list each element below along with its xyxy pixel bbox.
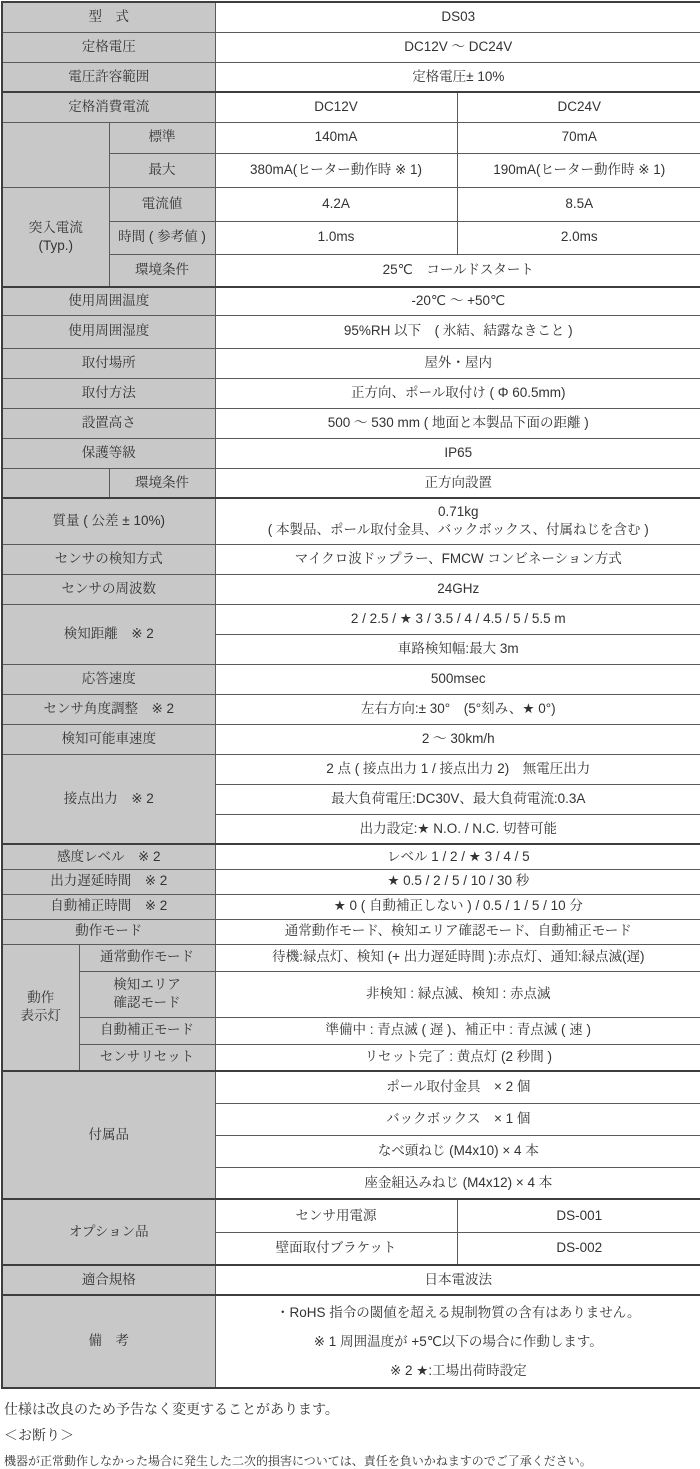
remarks-label: 備 考 [2,1295,215,1388]
row-detect-method: センサの検知方式 マイクロ波ドップラー、FMCW コンビネーション方式 [2,544,700,574]
row-standards: 適合規格 日本電波法 [2,1265,700,1295]
row-ambient-temp: 使用周囲温度 -20℃ 〜 +50℃ [2,287,700,315]
option-row1-name: センサ用電源 [215,1199,457,1232]
protection-env-label: 環境条件 [109,468,215,498]
indicator-label: 動作 表示灯 [2,944,79,1071]
mount-place-label: 取付場所 [2,348,215,378]
indicator-area-label: 検知エリア 確認モード [79,971,215,1017]
row-sensitivity: 感度レベル ※ 2 レベル 1 / 2 / ★ 3 / 4 / 5 [2,844,700,869]
remarks-line-3: ※ 2 ★:工場出荷時設定 [220,1356,698,1385]
footer-note-change: 仕様は改良のため予告なく変更することがあります。 [4,1399,696,1419]
row-mount-place: 取付場所 屋外・屋内 [2,348,700,378]
row-indicator-area: 検知エリア 確認モード 非検知 : 緑点滅、検知 : 赤点滅 [2,971,700,1017]
rated-current-col1: DC12V [215,92,457,122]
mount-method-label: 取付方法 [2,378,215,408]
indicator-reset-value: リセット完了 : 黄点灯 (2 秒間 ) [215,1044,700,1071]
angle-adjust-value: 左右方向:± 30° (5°刻み、★ 0°) [215,694,700,724]
option-row2-model: DS-002 [457,1232,700,1265]
rated-current-label: 定格消費電流 [2,92,215,122]
ambient-temp-label: 使用周囲温度 [2,287,215,315]
output-delay-value: ★ 0.5 / 2 / 5 / 10 / 30 秒 [215,869,700,894]
row-vehicle-speed: 検知可能車速度 2 〜 30km/h [2,724,700,754]
current-standard-col2: 70mA [457,122,700,153]
ambient-humidity-label: 使用周囲湿度 [2,315,215,348]
protection-env-value: 正方向設置 [215,468,700,498]
indicator-normal-label: 通常動作モード [79,944,215,971]
angle-adjust-label: センサ角度調整 ※ 2 [2,694,215,724]
row-mass: 質量 ( 公差 ± 10%) 0.71kg ( 本製品、ポール取付金具、バックボ… [2,498,700,544]
footer-notes: 仕様は改良のため予告なく変更することがあります。 ＜お断り＞ 機器が正常動作しな… [0,1389,700,1469]
rated-voltage-label: 定格電圧 [2,32,215,62]
row-accessories-1: 付属品 ポール取付金具 × 2 個 [2,1071,700,1103]
sensitivity-value: レベル 1 / 2 / ★ 3 / 4 / 5 [215,844,700,869]
remarks-line-1: ・RoHS 指令の閾値を超える規制物質の含有はありません。 [220,1298,698,1327]
voltage-tolerance-value: 定格電圧± 10% [215,62,700,92]
indicator-area-value: 非検知 : 緑点滅、検知 : 赤点滅 [215,971,700,1017]
contact-output-value2: 最大負荷電圧:DC30V、最大負荷電流:0.3A [215,784,700,814]
row-voltage-tolerance: 電圧許容範囲 定格電圧± 10% [2,62,700,92]
spec-sheet-page: 型 式 DS03 定格電圧 DC12V 〜 DC24V 電圧許容範囲 定格電圧±… [0,1,700,1469]
mount-place-value: 屋外・屋内 [215,348,700,378]
install-height-value: 500 〜 530 mm ( 地面と本製品下面の距離 ) [215,408,700,438]
row-rated-current-header: 定格消費電流 DC12V DC24V [2,92,700,122]
row-protection-env: 環境条件 正方向設置 [2,468,700,498]
standards-value: 日本電波法 [215,1265,700,1295]
indicator-reset-label: センサリセット [79,1044,215,1071]
rated-voltage-value: DC12V 〜 DC24V [215,32,700,62]
inrush-current-col2: 8.5A [457,187,700,221]
current-standard-col1: 140mA [215,122,457,153]
row-contact-output-1: 接点出力 ※ 2 2 点 ( 接点出力 1 / 接点出力 2) 無電圧出力 [2,754,700,784]
row-indicator-reset: センサリセット リセット完了 : 黄点灯 (2 秒間 ) [2,1044,700,1071]
row-ambient-humidity: 使用周囲湿度 95%RH 以下 ( 氷結、結露なきこと ) [2,315,700,348]
accessories-item2: バックボックス × 1 個 [215,1103,700,1135]
remarks-line-2: ※ 1 周囲温度が +5℃以下の場合に作動します。 [220,1327,698,1356]
inrush-current-col1: 4.2A [215,187,457,221]
indicator-auto-label: 自動補正モード [79,1017,215,1044]
row-current-standard: 標準 140mA 70mA [2,122,700,153]
detect-distance-value2: 車路検知幅:最大 3m [215,634,700,664]
output-delay-label: 出力遅延時間 ※ 2 [2,869,215,894]
option-row2-name: 壁面取付ブラケット [215,1232,457,1265]
protection-label: 保護等級 [2,438,215,468]
row-output-delay: 出力遅延時間 ※ 2 ★ 0.5 / 2 / 5 / 10 / 30 秒 [2,869,700,894]
row-option-1: オプション品 センサ用電源 DS-001 [2,1199,700,1232]
vehicle-speed-value: 2 〜 30km/h [215,724,700,754]
current-max-col1: 380mA(ヒーター動作時 ※ 1) [215,153,457,187]
row-operation-mode: 動作モード 通常動作モード、検知エリア確認モード、自動補正モード [2,919,700,944]
response-speed-label: 応答速度 [2,664,215,694]
row-angle-adjust: センサ角度調整 ※ 2 左右方向:± 30° (5°刻み、★ 0°) [2,694,700,724]
sensitivity-label: 感度レベル ※ 2 [2,844,215,869]
rated-current-spacer [2,122,109,187]
indicator-normal-value: 待機:緑点灯、検知 (+ 出力遅延時間 ):赤点灯、通知:緑点滅(遅) [215,944,700,971]
mass-label: 質量 ( 公差 ± 10%) [2,498,215,544]
ambient-humidity-value: 95%RH 以下 ( 氷結、結露なきこと ) [215,315,700,348]
inrush-label: 突入電流 (Typ.) [2,187,109,287]
accessories-item1: ポール取付金具 × 2 個 [215,1071,700,1103]
detect-method-value: マイクロ波ドップラー、FMCW コンビネーション方式 [215,544,700,574]
row-install-height: 設置高さ 500 〜 530 mm ( 地面と本製品下面の距離 ) [2,408,700,438]
inrush-env-label: 環境条件 [109,254,215,287]
current-standard-label: 標準 [109,122,215,153]
row-inrush-current: 突入電流 (Typ.) 電流値 4.2A 8.5A [2,187,700,221]
frequency-label: センサの周波数 [2,574,215,604]
voltage-tolerance-label: 電圧許容範囲 [2,62,215,92]
remarks-value: ・RoHS 指令の閾値を超える規制物質の含有はありません。 ※ 1 周囲温度が … [215,1295,700,1388]
row-remarks: 備 考 ・RoHS 指令の閾値を超える規制物質の含有はありません。 ※ 1 周囲… [2,1295,700,1388]
auto-correct-time-label: 自動補正時間 ※ 2 [2,894,215,919]
model-label: 型 式 [2,2,215,32]
detect-distance-label: 検知距離 ※ 2 [2,604,215,664]
row-detect-distance-1: 検知距離 ※ 2 2 / 2.5 / ★ 3 / 3.5 / 4 / 4.5 /… [2,604,700,634]
contact-output-value1: 2 点 ( 接点出力 1 / 接点出力 2) 無電圧出力 [215,754,700,784]
inrush-time-label: 時間 ( 参考値 ) [109,221,215,254]
contact-output-label: 接点出力 ※ 2 [2,754,215,844]
model-value: DS03 [215,2,700,32]
row-indicator-auto: 自動補正モード 準備中 : 青点滅 ( 遅 )、補正中 : 青点滅 ( 速 ) [2,1017,700,1044]
current-max-col2: 190mA(ヒーター動作時 ※ 1) [457,153,700,187]
row-model: 型 式 DS03 [2,2,700,32]
ambient-temp-value: -20℃ 〜 +50℃ [215,287,700,315]
row-indicator-normal: 動作 表示灯 通常動作モード 待機:緑点灯、検知 (+ 出力遅延時間 ):赤点灯… [2,944,700,971]
spec-table: 型 式 DS03 定格電圧 DC12V 〜 DC24V 電圧許容範囲 定格電圧±… [1,1,700,1389]
rated-current-col2: DC24V [457,92,700,122]
protection-spacer [2,468,109,498]
install-height-label: 設置高さ [2,408,215,438]
inrush-time-col1: 1.0ms [215,221,457,254]
response-speed-value: 500msec [215,664,700,694]
accessories-item3: なべ頭ねじ (M4x10) × 4 本 [215,1135,700,1167]
detect-method-label: センサの検知方式 [2,544,215,574]
row-response-speed: 応答速度 500msec [2,664,700,694]
protection-value: IP65 [215,438,700,468]
mount-method-value: 正方向、ポール取付け ( Φ 60.5mm) [215,378,700,408]
inrush-current-label: 電流値 [109,187,215,221]
accessories-label: 付属品 [2,1071,215,1199]
mass-value: 0.71kg ( 本製品、ポール取付金具、バックボックス、付属ねじを含む ) [215,498,700,544]
detect-distance-value1: 2 / 2.5 / ★ 3 / 3.5 / 4 / 4.5 / 5 / 5.5 … [215,604,700,634]
contact-output-value3: 出力設定:★ N.O. / N.C. 切替可能 [215,814,700,844]
frequency-value: 24GHz [215,574,700,604]
row-auto-correct-time: 自動補正時間 ※ 2 ★ 0 ( 自動補正しない ) / 0.5 / 1 / 5… [2,894,700,919]
option-row1-model: DS-001 [457,1199,700,1232]
vehicle-speed-label: 検知可能車速度 [2,724,215,754]
accessories-item4: 座金組込みねじ (M4x12) × 4 本 [215,1167,700,1199]
options-label: オプション品 [2,1199,215,1265]
inrush-time-col2: 2.0ms [457,221,700,254]
operation-mode-value: 通常動作モード、検知エリア確認モード、自動補正モード [215,919,700,944]
row-protection: 保護等級 IP65 [2,438,700,468]
footer-note-disclaimer-title: ＜お断り＞ [4,1425,696,1445]
auto-correct-time-value: ★ 0 ( 自動補正しない ) / 0.5 / 1 / 5 / 10 分 [215,894,700,919]
row-mount-method: 取付方法 正方向、ポール取付け ( Φ 60.5mm) [2,378,700,408]
operation-mode-label: 動作モード [2,919,215,944]
indicator-auto-value: 準備中 : 青点滅 ( 遅 )、補正中 : 青点滅 ( 速 ) [215,1017,700,1044]
standards-label: 適合規格 [2,1265,215,1295]
current-max-label: 最大 [109,153,215,187]
inrush-env-value: 25℃ コールドスタート [215,254,700,287]
row-rated-voltage: 定格電圧 DC12V 〜 DC24V [2,32,700,62]
row-frequency: センサの周波数 24GHz [2,574,700,604]
